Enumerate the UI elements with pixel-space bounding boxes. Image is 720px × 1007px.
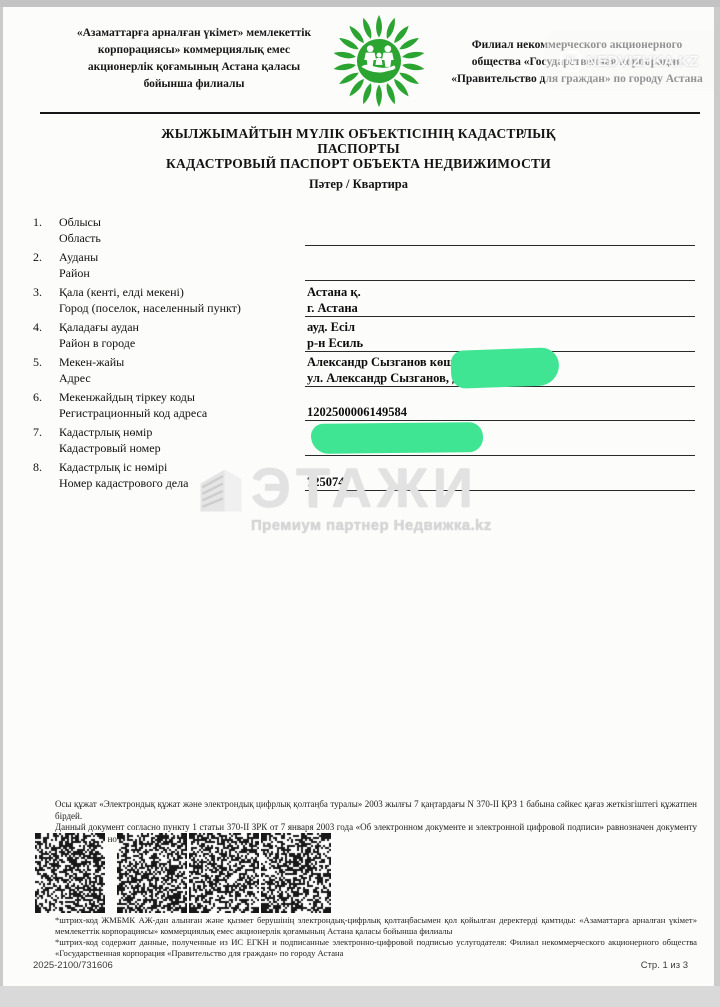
field-number: 1. xyxy=(33,215,59,246)
field-labels: Қаладағы аудан Район в городе xyxy=(59,320,305,352)
header-divider xyxy=(40,112,700,114)
field-value-line: Александр Сызганов көш., ул. Александр С… xyxy=(305,355,695,387)
barcode-footnote-ru: *штрих-код содержит данные, полученные и… xyxy=(55,937,697,959)
datamatrix-barcode xyxy=(117,833,187,913)
field-number: 5. xyxy=(33,355,59,387)
field-value-line xyxy=(305,250,695,281)
field-labels: Мекенжайдың тіркеу коды Регистрационный … xyxy=(59,390,305,421)
field-label-ru: Номер кадастрового дела xyxy=(59,476,305,492)
datamatrix-barcode xyxy=(261,833,331,913)
field-value-line: 725074 xyxy=(305,460,695,491)
barcode-footnotes: *штрих-код ЖМБМК АЖ-дан алынған және қыз… xyxy=(55,915,697,959)
field-row-raion: 2. Ауданы Район xyxy=(33,250,695,281)
field-value-line xyxy=(305,425,695,456)
field-label-kk: Облысы xyxy=(59,215,305,231)
field-value-line xyxy=(305,215,695,246)
field-label-kk: Кадастрлық іс нөмірі xyxy=(59,460,305,476)
field-row-oblast: 1. Облысы Область xyxy=(33,215,695,246)
field-row-case-number: 8. Кадастрлық іс нөмірі Номер кадастрово… xyxy=(33,460,695,491)
field-labels: Кадастрлық нөмір Кадастровый номер xyxy=(59,425,305,456)
field-number: 3. xyxy=(33,285,59,317)
field-number: 2. xyxy=(33,250,59,281)
field-label-ru: Кадастровый номер xyxy=(59,441,305,457)
field-row-city: 3. Қала (кенті, елді мекені) Город (посе… xyxy=(33,285,695,316)
document-title: ЖЫЛЖЫМАЙТЫН МҮЛІК ОБЪЕКТІСІНІҢ КАДАСТРЛЫ… xyxy=(3,126,714,192)
object-type-subtitle: Пәтер / Квартира xyxy=(3,177,714,192)
field-label-ru: Район в городе xyxy=(59,336,305,352)
title-kk-line2: ПАСПОРТЫ xyxy=(3,141,714,156)
page-footer: 2025-2100/731606 Стр. 1 из 3 xyxy=(33,960,688,971)
title-kk-line1: ЖЫЛЖЫМАЙТЫН МҮЛІК ОБЪЕКТІСІНІҢ КАДАСТРЛЫ… xyxy=(3,126,714,141)
field-value-line: Астана қ. г. Астана xyxy=(305,285,695,317)
datamatrix-barcode xyxy=(35,833,105,913)
field-number: 7. xyxy=(33,425,59,456)
org-name-kazakh: «Азаматтарға арналған үкімет» мемлекетті… xyxy=(65,25,323,93)
scanned-cadastral-passport: { "document": { "header": { "org_left_kk… xyxy=(0,0,720,1007)
green-redaction-marker xyxy=(311,422,483,454)
green-redaction-marker xyxy=(450,347,559,389)
field-label-kk: Мекенжайдың тіркеу коды xyxy=(59,390,305,406)
datamatrix-barcode xyxy=(189,833,259,913)
field-row-city-district: 4. Қаладағы аудан Район в городе ауд. Ес… xyxy=(33,320,695,351)
field-list: 1. Облысы Область 2. Ауданы Район 3. xyxy=(33,215,695,495)
document-number: 2025-2100/731606 xyxy=(33,960,113,971)
field-value-line: 1202500006149584 xyxy=(305,390,695,421)
title-ru: КАДАСТРОВЫЙ ПАСПОРТ ОБЪЕКТА НЕДВИЖИМОСТИ xyxy=(3,156,714,171)
field-label-kk: Мекен-жайы xyxy=(59,355,305,371)
page-indicator: Стр. 1 из 3 xyxy=(641,960,688,971)
field-label-ru: Регистрационный код адреса xyxy=(59,406,305,422)
legal-notice-kk: Осы құжат «Электрондық құжат және электр… xyxy=(55,799,697,822)
field-row-cadastral-number: 7. Кадастрлық нөмір Кадастровый номер xyxy=(33,425,695,456)
field-labels: Кадастрлық іс нөмірі Номер кадастрового … xyxy=(59,460,305,491)
field-label-ru: Район xyxy=(59,266,305,282)
field-label-kk: Қаладағы аудан xyxy=(59,320,305,336)
field-value-line: ауд. Есіл р-н Есиль xyxy=(305,320,695,352)
field-value: 725074 xyxy=(307,475,693,491)
field-value-kk: ауд. Есіл xyxy=(307,320,693,336)
field-label-kk: Ауданы xyxy=(59,250,305,266)
field-label-kk: Кадастрлық нөмір xyxy=(59,425,305,441)
field-label-ru: Область xyxy=(59,231,305,247)
field-number: 6. xyxy=(33,390,59,421)
field-label-kk: Қала (кенті, елді мекені) xyxy=(59,285,305,301)
document-page: «Азаматтарға арналған үкімет» мемлекетті… xyxy=(3,7,714,986)
field-number: 4. xyxy=(33,320,59,352)
field-labels: Облысы Область xyxy=(59,215,305,246)
field-value-ru: г. Астана xyxy=(307,301,693,317)
barcode-footnote-kk: *штрих-код ЖМБМК АЖ-дан алынған және қыз… xyxy=(55,915,697,937)
nedvizhka-watermark-badge: N NEDVIZHKA.KZ xyxy=(544,31,714,91)
field-value-kk: Астана қ. xyxy=(307,285,693,301)
field-value: 1202500006149584 xyxy=(307,405,693,421)
field-labels: Мекен-жайы Адрес xyxy=(59,355,305,387)
field-labels: Ауданы Район xyxy=(59,250,305,281)
government-for-citizens-logo-icon xyxy=(330,10,428,112)
nedvizhka-logo-icon: N xyxy=(560,51,581,72)
field-label-ru: Адрес xyxy=(59,371,305,387)
field-label-ru: Город (поселок, населенный пункт) xyxy=(59,301,305,317)
field-labels: Қала (кенті, елді мекені) Город (поселок… xyxy=(59,285,305,317)
nedvizhka-watermark-text: NEDVIZHKA.KZ xyxy=(587,53,699,70)
field-row-address: 5. Мекен-жайы Адрес Александр Сызганов к… xyxy=(33,355,695,386)
etazhi-tagline: Премиум партнер Недвижка.kz xyxy=(251,517,492,534)
field-row-registration-code: 6. Мекенжайдың тіркеу коды Регистрационн… xyxy=(33,390,695,421)
field-number: 8. xyxy=(33,460,59,491)
